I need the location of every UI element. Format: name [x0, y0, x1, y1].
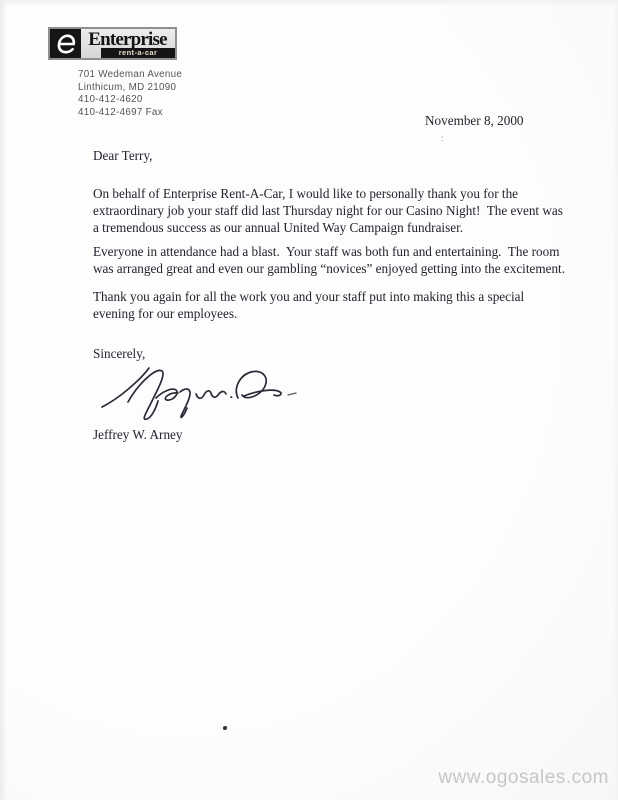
- logo-tagline-text: rent-a-car: [101, 48, 175, 58]
- letterhead-address: 701 Wedeman Avenue Linthicum, MD 21090 4…: [78, 69, 182, 120]
- enterprise-logo: Enterprise rent-a-car: [48, 27, 177, 60]
- scanned-letter-page: Enterprise rent-a-car 701 Wedeman Avenue…: [0, 0, 618, 800]
- address-line: 410-412-4620: [78, 94, 182, 107]
- paragraph-line: was arranged great and even our gambling…: [93, 260, 565, 277]
- signed-name: Jeffrey W. Arney: [93, 427, 182, 443]
- scan-artifact-mark: :: [441, 133, 444, 143]
- address-line: 410-412-4697 Fax: [78, 107, 182, 120]
- address-line: 701 Wedeman Avenue: [78, 69, 182, 82]
- watermark-text: www.ogosales.com: [438, 767, 609, 789]
- address-line: Linthicum, MD 21090: [78, 82, 182, 95]
- letter-salutation: Dear Terry,: [93, 148, 152, 164]
- paragraph-line: extraordinary job your staff did last Th…: [93, 202, 563, 219]
- logo-brand-text: Enterprise: [82, 30, 173, 50]
- enterprise-e-icon: [50, 29, 81, 58]
- letter-date: November 8, 2000: [425, 113, 524, 129]
- paragraph-line: Thank you again for all the work you and…: [93, 288, 524, 305]
- letter-paragraph: Thank you again for all the work you and…: [93, 288, 524, 322]
- paragraph-line: a tremendous success as our annual Unite…: [93, 219, 563, 236]
- handwritten-signature: [88, 358, 303, 429]
- paragraph-line: evening for our employees.: [93, 305, 524, 322]
- letter-paragraph: On behalf of Enterprise Rent-A-Car, I wo…: [93, 185, 563, 237]
- paragraph-line: Everyone in attendance had a blast. Your…: [93, 243, 565, 260]
- scan-speck: [223, 726, 227, 730]
- letter-paragraph: Everyone in attendance had a blast. Your…: [93, 243, 565, 277]
- paragraph-line: On behalf of Enterprise Rent-A-Car, I wo…: [93, 185, 563, 202]
